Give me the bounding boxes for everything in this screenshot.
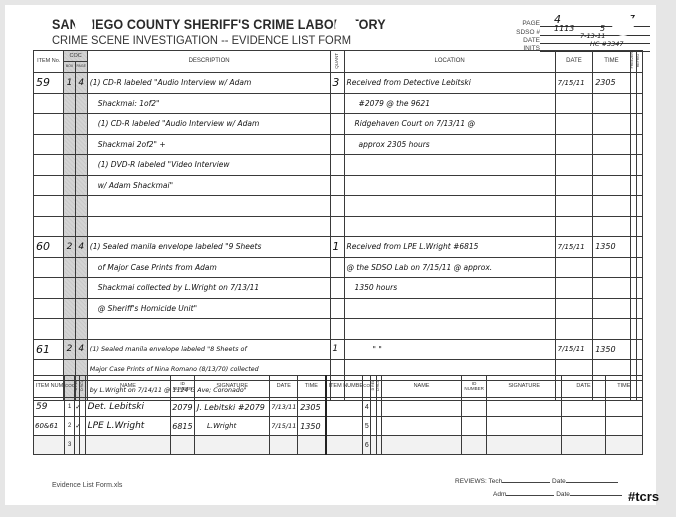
custody-table: ITEM NUMBERS COC BOX D REL D RCV NAME ID… [33, 375, 643, 455]
description-cell: Shackmai: 1of2" [87, 93, 331, 114]
col-location: LOCATION [344, 51, 555, 73]
col-id-number: ID NUMBER [171, 376, 195, 398]
col-item-no: ITEM No. [34, 51, 64, 73]
adm-date-label: Date [556, 491, 570, 498]
col-quantity: QUANT [331, 51, 344, 73]
description-cell: Shackmai 2of2" + [87, 134, 331, 155]
page-label: PAGE [500, 20, 540, 27]
table-row: (1) DVD-R labeled "Video Interview [34, 155, 643, 176]
quantity-cell: 1 [331, 339, 344, 360]
description-cell: (1) Sealed manila envelope labeled "9 Sh… [87, 237, 331, 258]
tech-signature-line [502, 475, 550, 483]
col-signature: SIGNATURE [194, 376, 269, 398]
location-cell: Received from LPE L.Wright #6815 [344, 237, 555, 258]
table-row: 61 2 4 (1) Sealed manila envelope labele… [34, 339, 643, 360]
col-date: DATE [562, 376, 605, 398]
description-cell: (1) CD-R labeled "Audio Interview w/ Ada… [87, 114, 331, 135]
sdso-label: SDSO # [500, 29, 540, 36]
reviews-label: REVIEWS: [455, 478, 487, 485]
coc-box: 2 [64, 339, 75, 360]
item-number: 61 [34, 339, 64, 360]
tech-date-line [566, 475, 618, 483]
evidence-table: ITEM No. COC DESCRIPTION QUANT LOCATION … [33, 50, 643, 401]
tech-label: Tech [489, 478, 503, 485]
date-cell: 7/15/11 [555, 73, 593, 94]
refrig-cell [636, 73, 642, 94]
tech-date-label: Date [552, 478, 566, 485]
col-name: NAME [381, 376, 462, 398]
coc-box: 1 [64, 73, 75, 94]
table-row: @ Sheriff's Homicide Unit" [34, 298, 643, 319]
coc-page: 4 [75, 73, 87, 94]
id-cell: 6815 [171, 417, 195, 436]
box-cell: 6 [363, 436, 371, 455]
coc-page: 4 [75, 339, 87, 360]
name-cell: LPE L.Wright [85, 417, 171, 436]
table-row: Shackmai collected by L.Wright on 7/13/1… [34, 278, 643, 299]
box-cell: 1 [64, 398, 74, 417]
col-refrig: REFRIG [636, 51, 642, 73]
table-row [34, 216, 643, 237]
location-cell: 1350 hours [344, 278, 555, 299]
date-cell: 7/15/11 [555, 339, 593, 360]
col-coc-box: COC BOX [363, 376, 371, 398]
col-signature: SIGNATURE [487, 376, 562, 398]
form-title: CRIME SCENE INVESTIGATION -- EVIDENCE LI… [52, 33, 351, 47]
date-cell: 7/15/11 [270, 417, 298, 436]
description-cell: @ Sheriff's Homicide Unit" [87, 298, 331, 319]
col-id-number: ID NUMBER [462, 376, 487, 398]
custody-row: 3 6 [34, 436, 643, 455]
inits-value: HC #3347 [590, 40, 623, 48]
items-cell: 59 [34, 398, 65, 417]
col-time: TIME [298, 376, 326, 398]
table-row: w/ Adam Shackmai" [34, 175, 643, 196]
custody-row: 60&61 2 ✓ LPE L.Wright 6815 L.Wright 7/1… [34, 417, 643, 436]
col-coc: COC [64, 51, 87, 62]
col-date: DATE [270, 376, 298, 398]
location-cell: Received from Detective Lebitski [344, 73, 555, 94]
time-cell: 2305 [593, 73, 631, 94]
box-cell: 2 [64, 417, 74, 436]
time-cell: 1350 [593, 339, 631, 360]
item-number: 59 [34, 73, 64, 94]
col-name: NAME [85, 376, 171, 398]
date-cell: 7/15/11 [555, 237, 593, 258]
col-description: DESCRIPTION [87, 51, 331, 73]
description-cell: (1) DVD-R labeled "Video Interview [87, 155, 331, 176]
location-cell: #2079 @ the 9621 [344, 93, 555, 114]
table-row: of Major Case Prints from Adam @ the SDS… [34, 257, 643, 278]
coc-page: 4 [75, 237, 87, 258]
col-coc-box: COC BOX [64, 376, 74, 398]
adm-date-line [570, 488, 622, 496]
adm-label: Adm [493, 491, 506, 498]
redaction-mark [612, 12, 634, 36]
footer-filename: Evidence List Form.xls [52, 482, 122, 489]
time-cell: 1350 [298, 417, 326, 436]
date-label: DATE [500, 37, 540, 44]
col-coc-page: PAGE [75, 62, 87, 73]
box-cell: 3 [64, 436, 74, 455]
col-date: DATE [555, 51, 593, 73]
date-cell: 7/13/11 [270, 398, 298, 417]
table-row [34, 196, 643, 217]
location-cell: " " [344, 339, 555, 360]
time-cell: 1350 [593, 237, 631, 258]
custody-row: 59 1 ✓ Det. Lebitski 2079 J. Lebitski #2… [34, 398, 643, 417]
quantity-cell: 1 [331, 237, 344, 258]
box-cell: 4 [363, 398, 371, 417]
table-row: 60 2 4 (1) Sealed manila envelope labele… [34, 237, 643, 258]
quantity-cell: 3 [331, 73, 344, 94]
description-cell: of Major Case Prints from Adam [87, 257, 331, 278]
col-coc-box: BOX [64, 62, 75, 73]
col-item-numbers: ITEM NUMBERS [326, 376, 363, 398]
time-cell: 2305 [298, 398, 326, 417]
table-row: (1) CD-R labeled "Audio Interview w/ Ada… [34, 114, 643, 135]
reviews-block: REVIEWS: Tech Date Adm Date [455, 475, 622, 501]
col-time: TIME [593, 51, 631, 73]
coc-box: 2 [64, 237, 75, 258]
description-cell: w/ Adam Shackmai" [87, 175, 331, 196]
date-value: 7-13-11 [580, 32, 605, 40]
box-cell: 5 [363, 417, 371, 436]
col-time: TIME [605, 376, 642, 398]
item-number: 60 [34, 237, 64, 258]
col-item-numbers: ITEM NUMBERS [34, 376, 65, 398]
id-cell: 2079 [171, 398, 195, 417]
table-row: Shackmai: 1of2" #2079 @ the 9621 [34, 93, 643, 114]
location-cell: @ the SDSO Lab on 7/15/11 @ approx. [344, 257, 555, 278]
table-row [34, 319, 643, 340]
table-row: Shackmai 2of2" + approx 2305 hours [34, 134, 643, 155]
location-cell: Ridgehaven Court on 7/13/11 @ [344, 114, 555, 135]
adm-signature-line [506, 488, 554, 496]
description-cell: (1) CD-R labeled "Audio Interview w/ Ada… [87, 73, 331, 94]
watermark-tag: #tcrs [628, 489, 659, 504]
signature-cell: J. Lebitski #2079 [194, 398, 269, 417]
description-cell: (1) Sealed manila envelope labeled "8 Sh… [87, 339, 331, 360]
items-cell: 60&61 [34, 417, 65, 436]
sdso-value: 1113 [554, 24, 574, 33]
table-row: 59 1 4 (1) CD-R labeled "Audio Interview… [34, 73, 643, 94]
location-cell: approx 2305 hours [344, 134, 555, 155]
name-cell: Det. Lebitski [85, 398, 171, 417]
description-cell: Shackmai collected by L.Wright on 7/13/1… [87, 278, 331, 299]
signature-cell: L.Wright [194, 417, 269, 436]
